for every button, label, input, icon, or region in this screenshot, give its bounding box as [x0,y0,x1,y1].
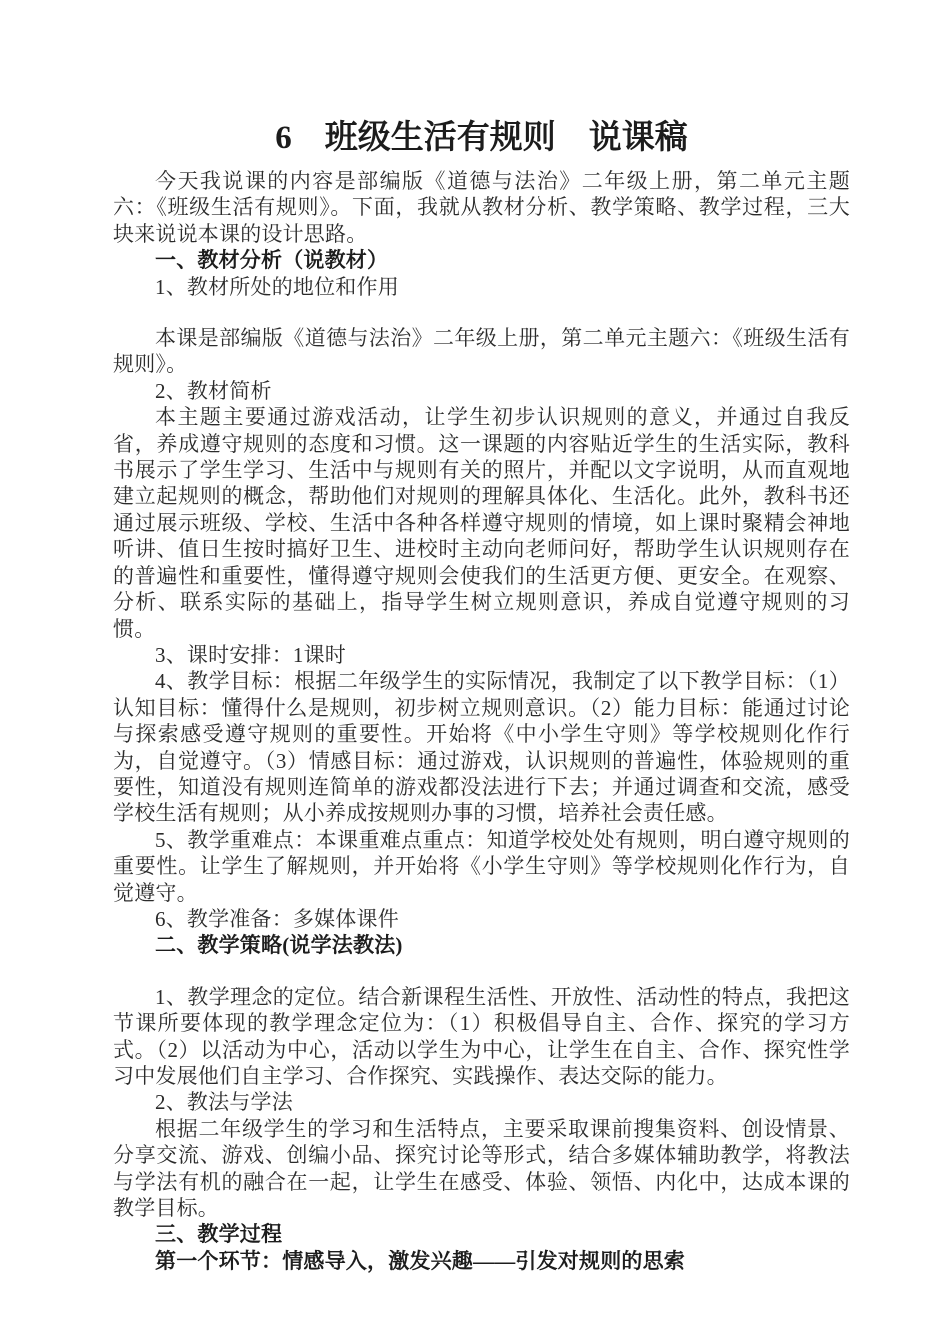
document-page: 6 班级生活有规则 说课稿 今天我说课的内容是部编版《道德与法治》二年级上册，第… [0,0,950,1344]
blank-line [113,959,850,984]
item-3-schedule: 3、课时安排：1课时 [113,642,850,668]
blank-line [113,300,850,325]
intro-paragraph: 今天我说课的内容是部编版《道德与法治》二年级上册，第二单元主题六：《班级生活有规… [113,168,850,247]
item-5-key-difficulties: 5、教学重难点：本课重难点重点：知道学校处处有规则，明白遵守规则的重要性。让学生… [113,827,850,906]
paragraph-theme-description: 本主题主要通过游戏活动，让学生初步认识规则的意义，并通过自我反省，养成遵守规则的… [113,404,850,642]
step-1-heading: 第一个环节：情感导入，激发兴趣——引发对规则的思索 [113,1248,850,1274]
section-1-heading: 一、教材分析（说教材） [113,247,850,273]
section-3-heading: 三、教学过程 [113,1221,850,1247]
item-4-teaching-goals: 4、教学目标：根据二年级学生的实际情况，我制定了以下教学目标：（1）认知目标：懂… [113,668,850,826]
section-2-heading: 二、教学策略(说学法教法) [113,932,850,958]
document-title: 6 班级生活有规则 说课稿 [113,118,850,158]
item-6-preparation: 6、教学准备：多媒体课件 [113,906,850,932]
item-1-position-role: 1、教材所处的地位和作用 [113,274,850,300]
item-2-textbook-analysis: 2、教材简析 [113,378,850,404]
item-1-teaching-philosophy: 1、教学理念的定位。结合新课程生活性、开放性、活动性的特点，我把这节课所要体现的… [113,984,850,1090]
item-2-methods: 2、教法与学法 [113,1089,850,1115]
paragraph-methods-detail: 根据二年级学生的学习和生活特点，主要采取课前搜集资料、创设情景、分享交流、游戏、… [113,1116,850,1222]
paragraph-textbook-source: 本课是部编版《道德与法治》二年级上册，第二单元主题六：《班级生活有规则》。 [113,325,850,378]
